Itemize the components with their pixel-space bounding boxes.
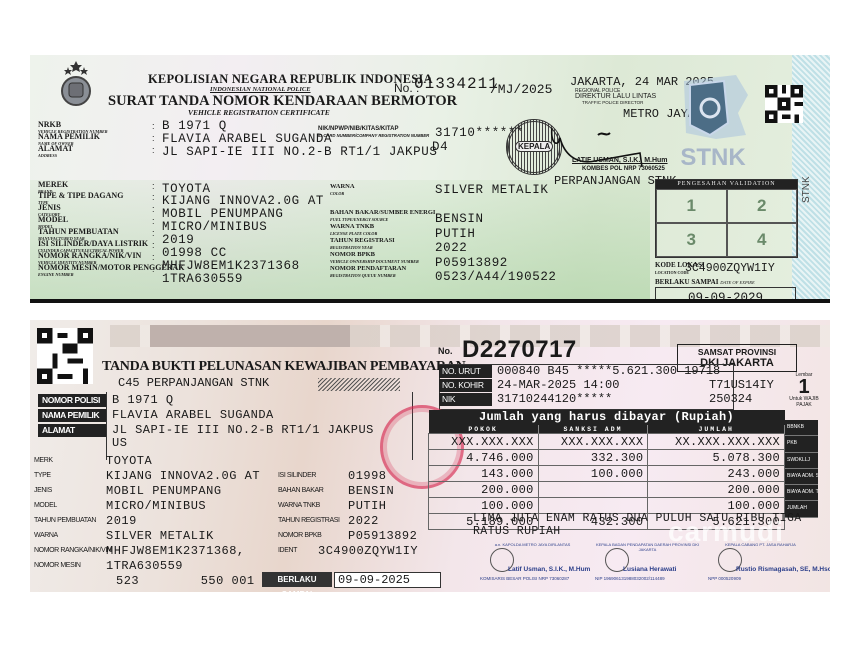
- meta-value: 31710244120*****: [497, 393, 612, 406]
- field-label-text: WARNA: [330, 183, 355, 190]
- field-label: TAHUN PEMBUATAN: [34, 517, 96, 524]
- document-title-en: VEHICLE REGISTRATION CERTIFICATE: [188, 108, 330, 117]
- colon: :: [152, 240, 155, 250]
- qr-code-icon: [765, 85, 803, 123]
- payment-item-label: BBNKB: [785, 420, 818, 436]
- copy-number: 1: [784, 378, 824, 396]
- payment-cell-jumlah: 200.000: [648, 482, 785, 498]
- field-value: 3C4900ZQYW1IY: [318, 544, 418, 558]
- payment-row: 143.000100.000243.000: [429, 466, 785, 482]
- validation-grid: 1 2 3 4: [656, 189, 797, 257]
- field-value: JL SAPI-IE III NO.2-B RT1/1 JAKPUS: [112, 423, 374, 437]
- qr-code-icon: [35, 328, 95, 384]
- receipt-number: D2270717: [462, 336, 577, 364]
- payment-cell-sanksi: 332.300: [538, 450, 648, 466]
- copy-recipient: Untuk WAJIB PAJAK: [784, 396, 824, 408]
- field-label-text: NRKB: [38, 120, 61, 129]
- validation-cell: 3: [656, 223, 727, 257]
- extra-codes: 523 550 001: [116, 574, 255, 588]
- colon: :: [152, 228, 155, 238]
- police-emblem-icon: [52, 61, 100, 107]
- payment-cell-sanksi: XXX.XXX.XXX: [538, 434, 648, 450]
- field-label-en: REGISTRATION QUEUE NUMBER: [330, 273, 406, 278]
- stamp-text: KEPALA: [515, 141, 553, 152]
- expiry-label: BERLAKU SAMPAI DATE OF EXPIRE: [655, 278, 755, 286]
- field-label: TAHUN REGISTRASI: [278, 517, 340, 524]
- field-label: TYPE: [34, 472, 51, 479]
- field-label-en: VEHICLE OWNERSHIP DOCUMENT NUMBER: [330, 259, 419, 264]
- payment-item-labels: BBNKBPKBSWDKLLJBIAYA ADM. STNKBIAYA ADM.…: [785, 420, 818, 518]
- colon: :: [152, 192, 155, 202]
- card-separator: [30, 299, 830, 303]
- payment-cell-jumlah: 243.000: [648, 466, 785, 482]
- payment-cell-pokok: XXX.XXX.XXX: [429, 434, 539, 450]
- field-label: MODEL: [34, 502, 57, 509]
- payment-cell-jumlah: XX.XXX.XXX.XXX: [648, 434, 785, 450]
- field-label: BAHAN BAKAR/SUMBER ENERGIFUEL TYPE/ENERG…: [330, 209, 435, 222]
- field-label: WARNA: [34, 532, 58, 539]
- field-label: WARNA TNKB: [278, 502, 320, 509]
- payment-item-label: BIAYA ADM. STNK: [785, 469, 818, 485]
- samsat-line-1: SAMSAT PROVINSI: [678, 347, 796, 357]
- field-label-text: WARNA TNKB: [330, 223, 374, 230]
- meta-value: 000840 B45 *****5.621.300 19718: [497, 365, 720, 378]
- field-value: B 1971 Q: [162, 119, 227, 133]
- signatory-name: LATIF USMAN, S.I.K., M.Hum: [572, 157, 668, 164]
- col-sanksi: SANKSI ADM: [538, 425, 648, 434]
- location-code-value: 3C4900ZQYW1IY: [685, 262, 775, 275]
- receipt-subtitle: C45 PERPANJANGAN STNK: [118, 376, 269, 390]
- d4-value: D4: [432, 140, 448, 154]
- field-value: 2022: [348, 514, 379, 528]
- payment-item-label: SWDKLLJ: [785, 453, 818, 469]
- expiry-label-text: BERLAKU SAMPAI: [655, 278, 718, 286]
- field-value: FLAVIA ARABEL SUGANDA: [162, 132, 332, 146]
- field-label: IDENT: [278, 547, 297, 554]
- receipt-expiry-label: BERLAKU SAMPAI: [262, 572, 332, 587]
- field-label: JENIS: [34, 487, 52, 494]
- field-label-text: ISI SILINDER/DAYA LISTRIK: [38, 239, 148, 248]
- col-pokok: POKOK: [429, 425, 539, 434]
- signatory-rank: KOMBES POL NRP 73060525: [582, 166, 665, 172]
- payment-table-title: Jumlah yang harus dibayar (Rupiah): [429, 410, 785, 425]
- field-label: NOMOR RANGKA/NIK/VIN: [34, 547, 112, 554]
- field-label: ALAMAT: [38, 424, 106, 437]
- field-label: MERK: [34, 457, 53, 464]
- nik-value: 31710******: [435, 126, 524, 140]
- validation-cell: 1: [656, 189, 727, 223]
- field-label-text: BAHAN BAKAR/SUMBER ENERGI: [330, 209, 435, 216]
- nik-label: NIK/NPWP/NIB/KITAS/KITAP ID CARD NUMBER/…: [318, 125, 429, 138]
- receipt-title: TANDA BUKTI PELUNASAN KEWAJIBAN PEMBAYAR…: [102, 359, 465, 375]
- payment-receipt-card: TANDA BUKTI PELUNASAN KEWAJIBAN PEMBAYAR…: [30, 320, 830, 592]
- field-value: KIJANG INNOVA2.0G AT: [106, 469, 260, 483]
- field-value: TOYOTA: [106, 454, 152, 468]
- official-id: NIP 196906131988032002/114489: [595, 576, 665, 581]
- field-value: JL SAPI-IE III NO.2-B RT1/1 JAKPUS: [162, 145, 437, 159]
- col-jumlah: JUMLAH: [648, 425, 785, 434]
- payment-row: 4.746.000332.3005.078.300: [429, 450, 785, 466]
- receipt-expiry-date: 09-09-2025: [334, 572, 441, 588]
- issuer-line-3: TRAFFIC POLICE DIRECTOR: [582, 100, 643, 105]
- field-label: WARNACOLOR: [330, 183, 355, 196]
- expiry-label-en: DATE OF EXPIRE: [720, 280, 755, 285]
- field-label: NOMOR PENDAFTARANREGISTRATION QUEUE NUMB…: [330, 265, 406, 278]
- field-value: KIJANG INNOVA2.0G AT: [162, 194, 324, 208]
- issuer-line-2: DIREKTUR LALU LINTAS: [575, 93, 656, 100]
- payment-cell-pokok: 4.746.000: [429, 450, 539, 466]
- stnk-card: KEPOLISIAN NEGARA REPUBLIK INDONESIA IND…: [30, 55, 830, 300]
- field-label-en: REGISTRATION YEAR: [330, 245, 395, 250]
- field-label-text: JENIS: [38, 203, 61, 212]
- field-value: 1TRA630559: [106, 559, 183, 573]
- nik-label-en: ID CARD NUMBER/COMPANY REGISTRATION NUMB…: [318, 133, 429, 138]
- colon: :: [152, 121, 155, 131]
- field-label-en: COLOR: [330, 191, 355, 196]
- field-value: PUTIH: [348, 499, 387, 513]
- field-label-text: TAHUN PEMBUATAN: [38, 227, 119, 236]
- field-label-text: TAHUN REGISTRASI: [330, 237, 395, 244]
- official-id: KOMISARIS BESAR POLISI NRP 73060287: [480, 576, 569, 581]
- colon: :: [152, 133, 155, 143]
- field-label-text: NOMOR MESIN/MOTOR PENGGERAK: [38, 263, 185, 272]
- field-value: FLAVIA ARABEL SUGANDA: [112, 408, 274, 422]
- official-id: NPP 000520909: [708, 576, 741, 581]
- validation-cell: 2: [727, 189, 798, 223]
- validation-title: PENGESAHAN VALIDATION: [656, 180, 797, 189]
- colon: :: [152, 181, 155, 191]
- field-value: 2022: [435, 241, 467, 255]
- nik-label-text: NIK/NPWP/NIB/KITAS/KITAP: [318, 126, 398, 132]
- copy-indicator: Lembar 1 Untuk WAJIB PAJAK: [784, 372, 824, 408]
- field-label-text: NAMA PEMILIK: [38, 132, 100, 141]
- field-value: PUTIH: [435, 227, 476, 241]
- colon: :: [152, 252, 155, 262]
- official-signatures: a.n. KAPOLDA METRO JAYA DIRLANTASLatif U…: [480, 542, 820, 586]
- field-value: SILVER METALIK: [106, 529, 214, 543]
- field-label: NOMOR BPKBVEHICLE OWNERSHIP DOCUMENT NUM…: [330, 251, 419, 264]
- field-label: ALAMATADDRESS: [38, 145, 73, 158]
- field-label-text: ALAMAT: [38, 144, 73, 153]
- field-value: MICRO/MINIBUS: [106, 499, 206, 513]
- payment-cell-pokok: 200.000: [429, 482, 539, 498]
- official-name: Latif Usman, S.I.K., M.Hum: [508, 566, 590, 573]
- field-value: 1TRA630559: [162, 272, 243, 286]
- field-label-text: MODEL: [38, 215, 68, 224]
- agency-name: KEPOLISIAN NEGARA REPUBLIK INDONESIA: [148, 72, 433, 87]
- field-value: 0523/A44/190522: [435, 270, 557, 284]
- field-label-en: ADDRESS: [38, 153, 73, 158]
- official-title: a.n. KAPOLDA METRO JAYA DIRLANTAS: [480, 542, 585, 547]
- doc-number-suffix: /MJ/2025: [490, 82, 552, 97]
- field-value: P05913892: [348, 529, 417, 543]
- svg-text:STNK: STNK: [680, 144, 746, 171]
- validation-cell: 4: [727, 223, 798, 257]
- payment-item-label: PKB: [785, 436, 818, 452]
- field-value: B 1971 Q: [112, 393, 174, 407]
- field-value: MOBIL PENUMPANG: [106, 484, 222, 498]
- field-value: MOBIL PENUMPANG: [162, 207, 284, 221]
- barcode-hatch: [318, 378, 400, 391]
- field-label-text: NOMOR BPKB: [330, 251, 375, 258]
- payment-item-label: BIAYA ADM. TNKB: [785, 485, 818, 501]
- meta-value-2: 250324: [709, 393, 752, 406]
- field-value: 01998: [348, 469, 387, 483]
- payment-cell-jumlah: 5.078.300: [648, 450, 785, 466]
- field-label: NOMOR POLISI: [38, 394, 106, 407]
- field-label-text: MEREK: [38, 180, 68, 189]
- field-label: ISI SILINDER: [278, 472, 316, 479]
- field-label: WARNA TNKBLICENSE PLATE COLOR: [330, 223, 377, 236]
- field-value: 2019: [162, 233, 194, 247]
- field-label: NOMOR MESIN: [34, 562, 81, 569]
- field-label-text: TIPE & TIPE DAGANG: [38, 191, 123, 200]
- ornament-panel: [150, 325, 350, 347]
- receipt-no-label: No.: [438, 346, 453, 356]
- meta-label: NO. KOHIR: [439, 379, 492, 392]
- doc-number: 01334211: [414, 75, 499, 93]
- field-label: TAHUN REGISTRASIREGISTRATION YEAR: [330, 237, 395, 250]
- field-value: P05913892: [435, 256, 508, 270]
- colon: :: [152, 216, 155, 226]
- field-label-text: NOMOR PENDAFTARAN: [330, 265, 406, 272]
- field-label-text: NOMOR RANGKA/NIK/VIN: [38, 251, 141, 260]
- field-label-en: LICENSE PLATE COLOR: [330, 231, 377, 236]
- meta-label: NIK: [439, 393, 492, 406]
- watermark: carmudi: [668, 516, 784, 548]
- field-label-en: FUEL TYPE/ENERGY SOURCE: [330, 217, 435, 222]
- field-value: SILVER METALIK: [435, 183, 548, 197]
- stnk-hologram-icon: STNK: [676, 73, 751, 171]
- field-value: MICRO/MINIBUS: [162, 220, 267, 234]
- official-name: Lusiana Herawati: [623, 566, 676, 573]
- field-value: 2019: [106, 514, 137, 528]
- field-value: MHFJW8EM1K2371368,: [106, 544, 245, 558]
- payment-row: XXX.XXX.XXXXXX.XXX.XXXXX.XXX.XXX.XXX: [429, 434, 785, 450]
- field-label: NOMOR BPKB: [278, 532, 321, 539]
- payment-cell-pokok: 143.000: [429, 466, 539, 482]
- meta-value-2: T71US14IY: [709, 379, 774, 392]
- payment-cell-sanksi: [538, 482, 648, 498]
- agency-name-en: INDONESIAN NATIONAL POLICE: [210, 86, 311, 93]
- payment-cell-sanksi: 100.000: [538, 466, 648, 482]
- stnk-vertical-text: STNK: [801, 176, 812, 203]
- field-label: NAMA PEMILIK: [38, 409, 106, 422]
- address-wrap: US: [112, 436, 127, 450]
- validation-box: PENGESAHAN VALIDATION 1 2 3 4: [655, 179, 798, 258]
- payment-row: 200.000200.000: [429, 482, 785, 498]
- colon: :: [152, 204, 155, 214]
- field-label: BAHAN BAKAR: [278, 487, 323, 494]
- meta-value: 24-MAR-2025 14:00: [497, 379, 619, 392]
- colon: :: [152, 264, 155, 274]
- official-name: Rustio Rismagasah, SE, M.Hsc.Mgmt: [736, 566, 830, 573]
- colon: :: [152, 145, 155, 155]
- field-value: BENSIN: [435, 212, 484, 226]
- field-value: BENSIN: [348, 484, 394, 498]
- field-value: 01998 CC: [162, 246, 227, 260]
- meta-label: NO. URUT: [439, 365, 492, 378]
